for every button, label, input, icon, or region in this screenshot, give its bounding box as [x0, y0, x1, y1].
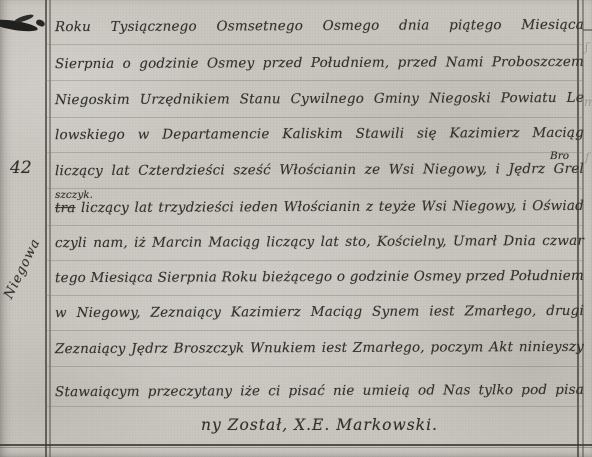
manuscript-line-text: liczący lat trzydzieści ieden Włościanin…	[81, 198, 584, 216]
ink-smudge	[0, 12, 50, 42]
ruling-line	[46, 260, 583, 261]
ruling-line	[46, 295, 583, 296]
signature-line: ny Został, X.E. Markowski.	[55, 416, 584, 434]
ruling-line	[46, 44, 583, 45]
ruling-line	[46, 117, 583, 118]
ruling-line	[46, 188, 583, 189]
interlinear-correction-bro: Bro	[550, 150, 569, 162]
manuscript-line: czyli nam, iż Marcin Maciąg liczący lat …	[55, 233, 584, 251]
bleed-through-mark: m	[584, 95, 592, 109]
ruling-line	[46, 330, 583, 331]
manuscript-line: Zeznaiący Jędrz Broszczyk Wnukiem iest Z…	[55, 339, 584, 357]
manuscript-line: liczący lat Czterdzieści sześć Włościani…	[55, 161, 584, 179]
ruling-line	[46, 225, 583, 226]
manuscript-line: Stawaiącym przeczytany iże ci pisać nie …	[55, 382, 584, 400]
manuscript-line: w Niegowy, Zeznaiący Kazimierz Maciąg Sy…	[55, 303, 584, 321]
bleed-through-mark: ʃ	[585, 40, 588, 54]
bleed-through-tick	[583, 29, 592, 31]
bottom-rule	[0, 444, 592, 446]
manuscript-line: Niegoskim Urzędnikiem Stanu Cywilnego Gm…	[55, 90, 584, 108]
manuscript-line: lowskiego w Departamencie Kaliskim Stawi…	[55, 125, 584, 143]
manuscript-line: Roku Tysiącznego Osmsetnego Osmego dnia …	[55, 17, 584, 35]
manuscript-line: tego Miesiąca Sierpnia Roku bieżącego o …	[55, 268, 584, 286]
ruling-line	[46, 152, 583, 153]
bottom-rule-shadow	[0, 447, 592, 448]
ruling-line	[46, 80, 583, 81]
bleed-through-mark: f	[585, 150, 589, 164]
scanned-death-record-page: 42 Niegowa Roku Tysiącznego Osmsetnego O…	[0, 0, 592, 457]
record-number: 42	[10, 158, 32, 178]
ruling-line	[46, 406, 583, 407]
ruling-line	[46, 366, 583, 367]
manuscript-line: tra liczący lat trzydzieści ieden Włości…	[55, 198, 584, 216]
manuscript-line: Sierpnia o godzinie Osmey przed Południe…	[55, 54, 584, 72]
struck-word: tra	[55, 200, 76, 216]
